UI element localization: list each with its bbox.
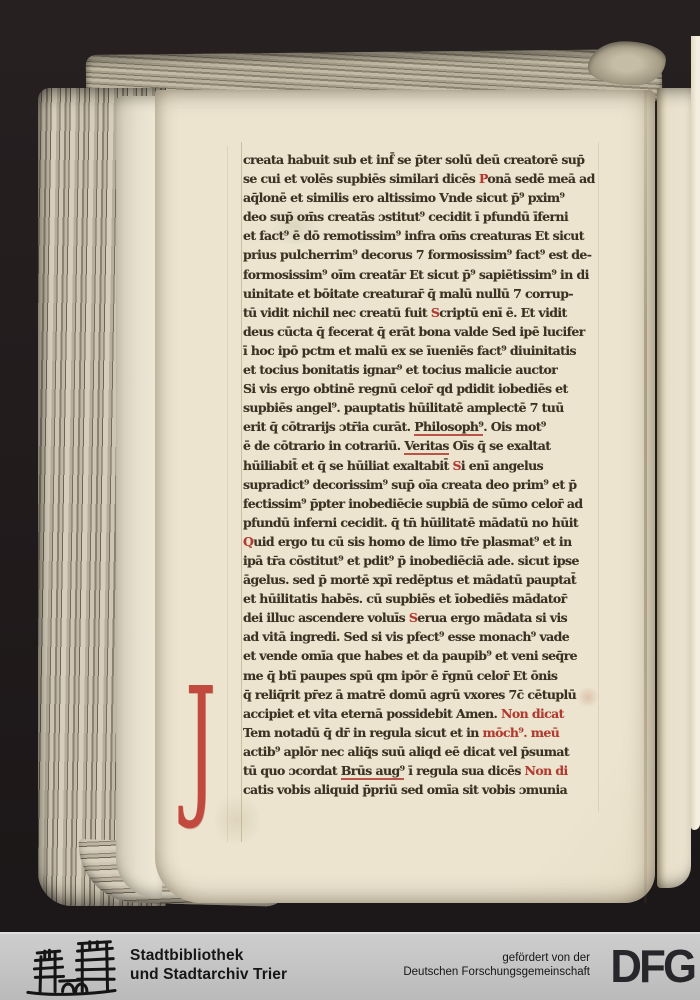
text-line: ad vitā ingredi. Sed si vis pfect⁹ esse … [243,629,605,648]
text-line: tū quo ɔcordat Brūs aug⁹ ī regula sua di… [243,763,605,782]
text-line: ī hoc ipō pctm et malū ex se īueniēs fac… [243,343,605,362]
funding-line1: gefördert von der [403,951,590,965]
text-line: supbiēs angel⁹. pauptatis hūilitatē ampl… [243,400,605,419]
text-line: et tocius bonitatis ignar⁹ et tocius mal… [243,362,605,381]
rubric-initial: J [185,668,216,821]
facing-page-gutter [657,88,691,888]
library-name-line2: und Stadtarchiv Trier [130,965,287,984]
funding-credit: gefördert von der Deutschen Forschungsge… [403,951,590,979]
text-line: deus cūcta q̄ fecerat q̄ erāt bona valde… [243,324,605,343]
library-name-line1: Stadtbibliothek [130,946,287,965]
manuscript-photo: creata habuit sub et inf̄ se p̄ter solū … [0,0,700,1000]
text-line: aq̄lonē et similis ero altissimo Vnde si… [243,190,605,209]
text-line: q̄ reliq̄rit pr̄ez ā matrē domū agrū vxo… [243,687,605,706]
text-line: accipiet et vita eternā possidebit Amen.… [243,706,605,725]
text-line: hūiliabit̄ et q̄ se hūiliat exaltabit̄ S… [243,458,605,477]
text-line: et vende omīa que habes et da paupib⁹ et… [243,648,605,667]
funding-line2: Deutschen Forschungsgemeinschaft [403,965,590,979]
text-line: Si vis ergo obtinē regnū celor̄ qd pdidi… [243,381,605,400]
text-line: pfundū inferni cecidit. q̄ tn̄ hūilitatē… [243,515,605,534]
page-crease [644,90,647,903]
textblock: creata habuit sub et inf̄ se p̄ter solū … [243,152,605,801]
text-line: ē de cōtrario in cotrariū. Veritas Oīs q… [243,438,605,457]
ruling-line-left-outer [227,146,228,842]
text-line: uinitate et bōitate creaturar̄ q̄ malū n… [243,286,605,305]
ruling-line-left [241,142,242,842]
porta-nigra-logo-icon [22,938,120,998]
book-top-edge-corner [588,41,666,86]
text-line: fectissim⁹ p̄pter inobediēcie supbiā de … [243,496,605,515]
text-line: se cui et volēs supbiēs similari dicēs P… [243,171,605,190]
text-line: prius pulcherrim⁹ decorus 7 formosissim⁹… [243,247,605,266]
text-line: me q̄ btī paupes spū qm ipōr ē r̄gnū cel… [243,668,605,687]
facing-page-edge [691,36,700,830]
text-line: Quid ergo tu cū sis homo de limo tr̄e pl… [243,534,605,553]
library-name: Stadtbibliothek und Stadtarchiv Trier [130,946,287,984]
text-line: Tem notadū q̄ dr̄ in regula sicut et in … [243,725,605,744]
dfg-logo: DFG [610,936,694,996]
text-line: deo sup̄ om̄s creatās ɔstitut⁹ cecidit ī… [243,209,605,228]
text-line: creata habuit sub et inf̄ se p̄ter solū … [243,152,605,171]
text-line: formosissim⁹ oīm creatār Et sicut p̄⁹ sa… [243,267,605,286]
manuscript-page: creata habuit sub et inf̄ se p̄ter solū … [155,90,655,903]
text-line: catis vobis aliquid p̄priū sed omīa sit … [243,782,605,801]
text-line: ipā tr̄a cōstitut⁹ et pdit⁹ p̄ inobediēc… [243,553,605,572]
text-line: supradict⁹ decorissim⁹ sup̄ oīa creata d… [243,477,605,496]
text-line: tū vidit nichil nec creatū fuit Scriptū … [243,305,605,324]
text-line: et fact⁹ ē dō remotissim⁹ infra om̄s cre… [243,228,605,247]
text-line: actib⁹ aplōr nec aliq̄s suū aliqd eē dic… [243,744,605,763]
text-line: dei illuc ascendere voluīs Serua ergo mā… [243,610,605,629]
text-line: erit q̄ cōtrarijs ɔtr̄ia curāt. Philosop… [243,419,605,438]
footer-banner: Stadtbibliothek und Stadtarchiv Trier ge… [0,932,700,1000]
text-line: āgelus. sed p̄ mortē xpī redēptus et mād… [243,572,605,591]
text-line: et hūilitatis habēs. cū supbiēs et īobed… [243,591,605,610]
